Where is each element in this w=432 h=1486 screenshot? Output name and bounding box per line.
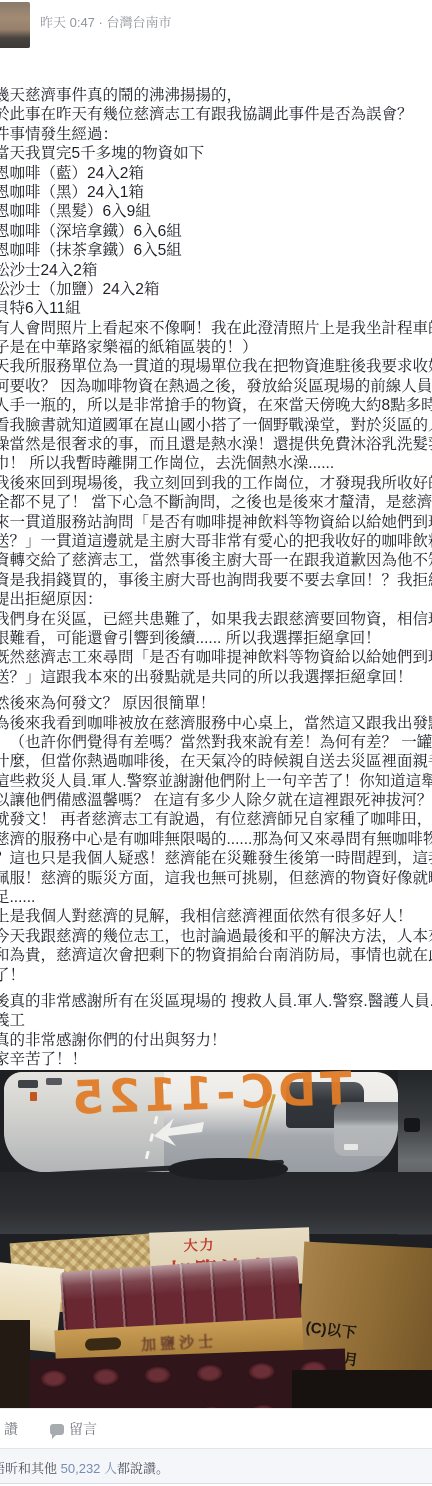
post-text-line: 真的非常感謝你們的付出與努力！ xyxy=(0,1031,432,1050)
post-text-line: 澡當然是很奢求的事，而且還是熱水澡！還提供免費沐浴乳洗髮乳 xyxy=(0,435,432,454)
post-text-line: 恩咖啡（藍）24入2箱 xyxy=(0,164,432,183)
post-text-line: 和為貴，慈濟這次會把剩下的物資捐給台南消防局，事情也就在此 xyxy=(0,946,432,965)
likes-count-link[interactable]: 50,232 人 xyxy=(61,1461,117,1476)
likes-summary-strip: 語昕和其他 50,232 人都說讚。 xyxy=(0,1448,432,1484)
post-text-line: 後真的非常感謝所有在災區現場的 搜救人員.軍人.警察.醫護人員.志 xyxy=(0,992,432,1011)
post-text-line: 資是我捐錢買的，事後主廚大哥也詢問我要不要去拿回！？我拒絕 xyxy=(0,571,432,590)
post-text-line: 恩咖啡（深培拿鐵）6入6組 xyxy=(0,222,432,241)
post-text-line: 這些救災人員.軍人.警察並謝謝他們附上一句辛苦了！你知道這舉動 xyxy=(0,772,432,791)
post-text-line: 巾！ 所以我暫時離開工作崗位，去洗個熱水澡...... xyxy=(0,454,432,473)
shadow-area xyxy=(0,1320,30,1408)
avatar[interactable] xyxy=(0,2,30,48)
post-text-line: 既然慈濟志工來尋問「是否有咖啡提神飲料等物資給以給她們到現場 xyxy=(0,648,432,667)
likes-connector-text: 和其他 xyxy=(18,1461,61,1476)
post-text-line: 很難看，可能還會引響到後續...... 所以我選擇拒絕拿回！ xyxy=(0,629,432,648)
post-text-line: 義工 xyxy=(0,1011,432,1030)
post-text-line: 件事情發生經過： xyxy=(0,125,432,144)
post-meta: 昨天 0:47 · 台灣台南市 xyxy=(40,12,172,31)
post-text-line: 天我所服務單位為一貫道的現場單位我在把物資進駐後我要求收好 xyxy=(0,357,432,376)
meta-dot: · xyxy=(99,15,103,30)
pillar-notch xyxy=(404,1118,420,1132)
post-text-line: 幾天慈濟事件真的鬧的沸沸揚揚的， xyxy=(0,86,432,105)
post-text-line: 就發文！ 再者慈濟志工有說過，有位慈濟師兄自家種了咖啡田，所 xyxy=(0,810,432,829)
distant-car xyxy=(18,1080,38,1088)
post-text-line: 何要收？ 因為咖啡物資在熱過之後，發放給災區現場的前線人員是 xyxy=(0,377,432,396)
post-text-line: 然後來為何發文？ 原因很簡單！ xyxy=(0,694,432,713)
parcel-shelf xyxy=(0,1172,432,1234)
orange-object xyxy=(30,1092,37,1101)
tray-printed-text: 加鹽沙士 xyxy=(141,1330,218,1355)
tray-handle-hole xyxy=(85,1337,122,1351)
post-text-line: 為後來我看到咖啡被放在慈濟服務中心桌上，當然這又跟我出發點 xyxy=(0,714,432,733)
post-text-line: 以讓他們備感溫馨嗎？ 在這有多少人除夕就在這裡跟死神拔河？） xyxy=(0,791,432,810)
post-text-line: 今天我跟慈濟的幾位志工，也討論過最後和平的解決方法，人本來 xyxy=(0,927,432,946)
post-text-line: 人手一瓶的，所以是非常搶手的物資，在來當天傍晚大約8點多時， xyxy=(0,396,432,415)
post-text-line xyxy=(0,985,432,992)
post-body-text: 幾天慈濟事件真的鬧的沸沸揚揚的，於此事在昨天有幾位慈濟志工有跟我協調此事件是否為… xyxy=(0,86,432,1070)
license-plate xyxy=(344,1144,358,1150)
post-text-line: 家辛苦了！！ xyxy=(0,1050,432,1069)
post-text-line: 看我臉書就知道國軍在崑山國小搭了一個野戰澡堂，對於災區的人 xyxy=(0,416,432,435)
location-link[interactable]: 台灣台南市 xyxy=(107,15,172,30)
post-text-line: 當天我買完5千多塊的物資如下 xyxy=(0,144,432,163)
post-text-line: 恩咖啡（黑）24入1箱 xyxy=(0,183,432,202)
post-text-line: 貝特6入11組 xyxy=(0,299,432,318)
post-text-line: 恩咖啡（抹茶拿鐵）6入5組 xyxy=(0,241,432,260)
post-text-line: 全都不見了！ 當下心急不斷詢問，之後也是後來才釐清，是慈濟志 xyxy=(0,493,432,512)
comment-button-label: 留言 xyxy=(69,1421,97,1437)
post-text-line: 松沙士24入2箱 xyxy=(0,261,432,280)
post-text-line: 上是我個人對慈濟的見解，我相信慈濟裡面依然有很多好人！ xyxy=(0,907,432,926)
post-text-line: 松沙士（加鹽）24入2箱 xyxy=(0,280,432,299)
post-text-line: 足...... xyxy=(0,888,432,907)
post-text-line: 子是在中華路家樂福的紙箱區裝的！） xyxy=(0,338,432,357)
liker-name-link[interactable]: 語昕 xyxy=(0,1461,18,1476)
post-text-line: 來一貫道服務站詢問「是否有咖啡提神飲料等物資給以給她們到現 xyxy=(0,513,432,532)
post-text-line: 慈濟的服務中心是有咖啡無限喝的......那為何又來尋問有無咖啡物資 xyxy=(0,830,432,849)
post-text-line: 於此事在昨天有幾位慈濟志工有跟我協調此事件是否為誤會？ xyxy=(0,105,432,124)
action-row: 讚 留言 xyxy=(0,1408,432,1449)
likes-suffix-text: 都說讚。 xyxy=(117,1461,169,1476)
wiper-pivot-bump xyxy=(168,1158,288,1180)
post-text-line: 送？」這跟我本來的出發點就是共同的所以我選擇拒絕拿回！ xyxy=(0,668,432,687)
likes-summary-text: 語昕和其他 50,232 人都說讚。 xyxy=(0,1458,169,1477)
post-text-line: 佩服！慈濟的賑災方面，這我也無可挑剔，但慈濟的物資好像就略 xyxy=(0,869,432,888)
post-text-line: 送？」一貫道這邊就是主廚大哥非常有愛心的把我收好的咖啡飲料 xyxy=(0,532,432,551)
box-side-text: (C)以下 xyxy=(305,1316,358,1343)
post-text-line: ！（也許你們覺得有差嗎？當然對我來說有差！為何有差？ 一罐咖 xyxy=(0,733,432,752)
post-text-line: 資轉交給了慈濟志工，當然事後主廚大哥一在跟我道歉因為他不知 xyxy=(0,551,432,570)
facebook-post: 昨天 0:47 · 台灣台南市 幾天慈濟事件真的鬧的沸沸揚揚的，於此事在昨天有幾… xyxy=(0,0,432,1486)
post-text-line: 了！ xyxy=(0,966,432,985)
post-text-line: 我後來回到現場後，我立刻回到我的工作崗位，才發現我所收好的 xyxy=(0,474,432,493)
timestamp-link[interactable]: 昨天 0:47 xyxy=(40,15,95,30)
comment-button[interactable]: 留言 xyxy=(50,1419,97,1439)
post-text-line: 提出拒絕原因： xyxy=(0,590,432,609)
post-text-line: 什麼，但當你熱過咖啡後，在天氣冷的時候親自送去災區裡面親手 xyxy=(0,752,432,771)
post-text-line: 恩咖啡（黑髮）6入9組 xyxy=(0,202,432,221)
shadow-area xyxy=(292,1370,432,1408)
comment-bubble-icon xyxy=(50,1424,64,1435)
post-text-line: 我們身在災區，已經共患難了，如果我去跟慈濟要回物資，相信現 xyxy=(0,610,432,629)
post-photo[interactable]: TDC-1125 大力 加鹽沙士 (C)以下 個月 加鹽沙士 xyxy=(0,1070,432,1408)
like-button[interactable]: 讚 xyxy=(4,1419,18,1439)
post-text-line: ？這也只是我個人疑惑！慈濟能在災難發生後第一時間趕到，這我 xyxy=(0,849,432,868)
post-text-line xyxy=(0,687,432,694)
post-text-line: 有人會問照片上看起來不像啊！我在此澄清照片上是我坐計程車的 xyxy=(0,319,432,338)
